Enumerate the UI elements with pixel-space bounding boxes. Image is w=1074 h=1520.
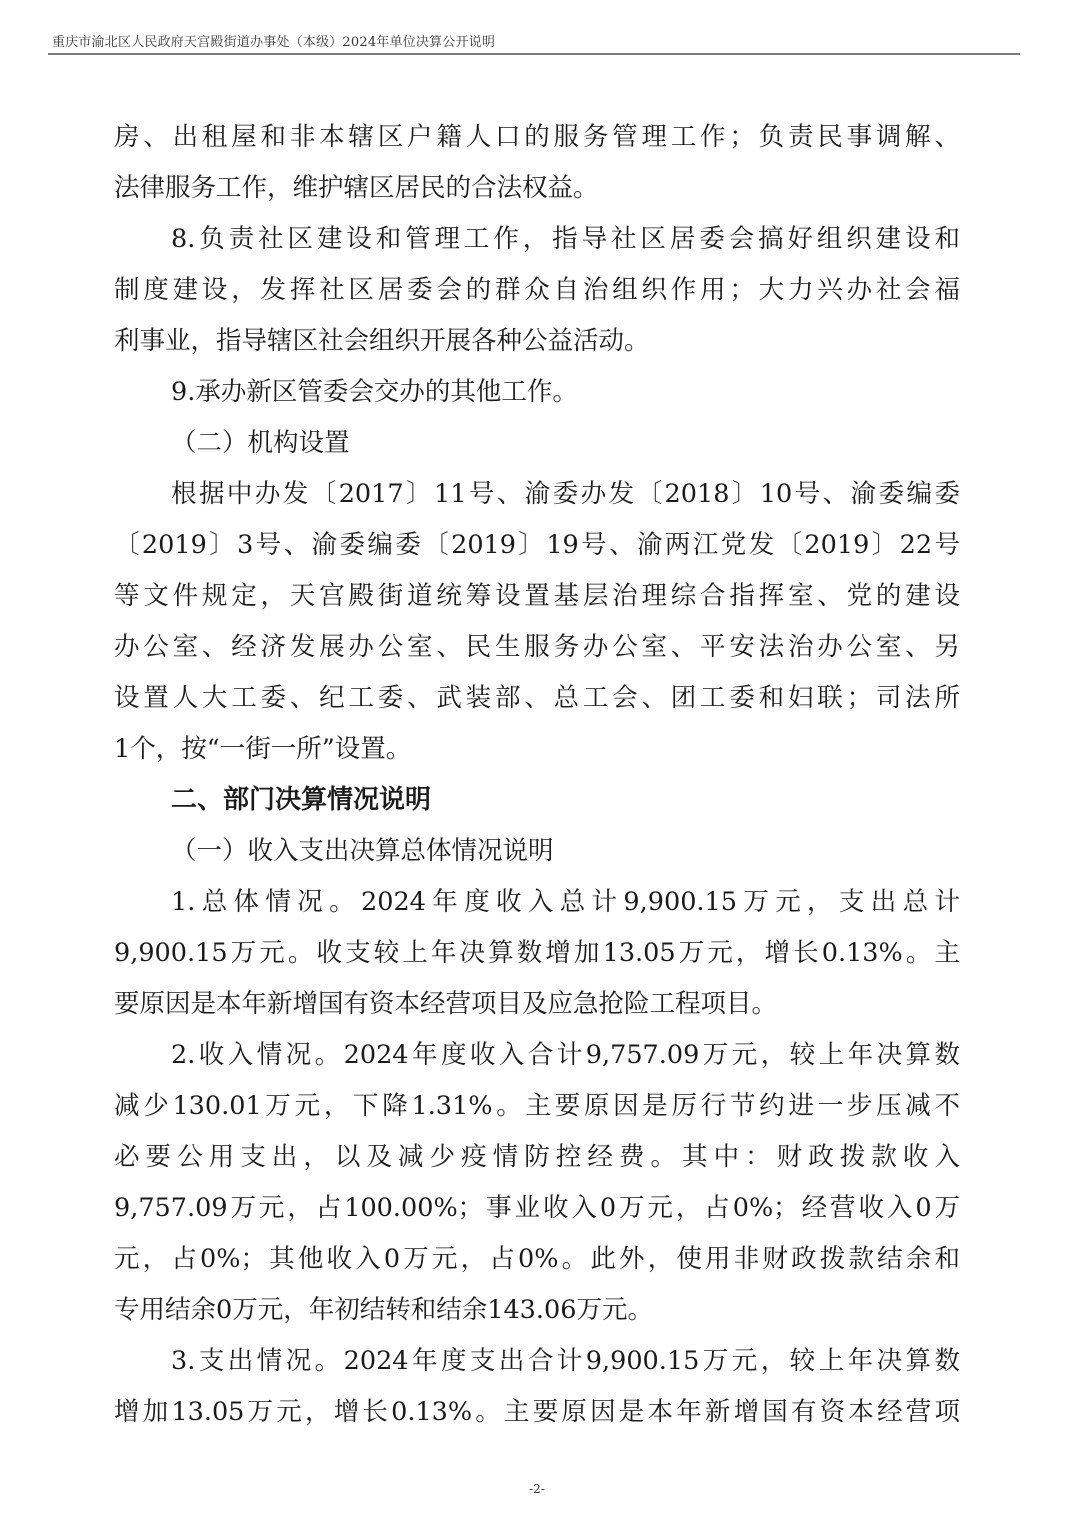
section-heading-final-accounts: 二、部门决算情况说明 bbox=[114, 775, 960, 826]
text-line: 1个，按“一街一所”设置。 bbox=[114, 724, 960, 775]
text-line: 房、出租屋和非本辖区户籍人口的服务管理工作；负责民事调解、 bbox=[114, 112, 960, 163]
text-line: 制度建设，发挥社区居委会的群众自治组织作用；大力兴办社会福 bbox=[114, 265, 960, 316]
subsection-heading-income-expenditure: （一）收入支出决算总体情况说明 bbox=[114, 826, 960, 877]
text-line: 减少130.01万元，下降1.31%。主要原因是厉行节约进一步压减不 bbox=[114, 1081, 960, 1132]
header-divider bbox=[48, 53, 1020, 55]
list-item-income: 2.收入情况。2024年度收入合计9,757.09万元，较上年决算数 bbox=[114, 1030, 960, 1081]
page-number: -2- bbox=[0, 1482, 1074, 1496]
text-line: 设置人大工委、纪工委、武装部、总工会、团工委和妇联；司法所 bbox=[114, 673, 960, 724]
text-line: 增加13.05万元，增长0.13%。主要原因是本年新增国有资本经营项 bbox=[114, 1387, 960, 1438]
text-line: 要原因是本年新增国有资本经营项目及应急抢险工程项目。 bbox=[114, 979, 960, 1030]
text-line: 等文件规定，天宫殿街道统筹设置基层治理综合指挥室、党的建设 bbox=[114, 571, 960, 622]
document-body: 房、出租屋和非本辖区户籍人口的服务管理工作；负责民事调解、 法律服务工作，维护辖… bbox=[114, 112, 960, 1438]
text-line: 专用结余0万元，年初结转和结余143.06万元。 bbox=[114, 1285, 960, 1336]
list-item-overall: 1.总体情况。2024年度收入总计9,900.15万元，支出总计 bbox=[114, 877, 960, 928]
text-line: 根据中办发〔2017〕11号、渝委办发〔2018〕10号、渝委编委 bbox=[114, 469, 960, 520]
text-line: 必要公用支出，以及减少疫情防控经费。其中：财政拨款收入 bbox=[114, 1132, 960, 1183]
text-line: 法律服务工作，维护辖区居民的合法权益。 bbox=[114, 163, 960, 214]
list-item-expenditure: 3.支出情况。2024年度支出合计9,900.15万元，较上年决算数 bbox=[114, 1336, 960, 1387]
text-line: 元，占0%；其他收入0万元，占0%。此外，使用非财政拨款结余和 bbox=[114, 1234, 960, 1285]
text-line: 9,900.15万元。收支较上年决算数增加13.05万元，增长0.13%。主 bbox=[114, 928, 960, 979]
running-header: 重庆市渝北区人民政府天宫殿街道办事处（本级）2024年单位决算公开说明 bbox=[52, 31, 495, 50]
section-heading-institution-setup: （二）机构设置 bbox=[114, 418, 960, 469]
text-line: 〔2019〕3号、渝委编委〔2019〕19号、渝两江党发〔2019〕22号 bbox=[114, 520, 960, 571]
text-line: 利事业，指导辖区社会组织开展各种公益活动。 bbox=[114, 316, 960, 367]
text-line: 9,757.09万元，占100.00%；事业收入0万元，占0%；经营收入0万 bbox=[114, 1183, 960, 1234]
list-item-8: 8.负责社区建设和管理工作，指导社区居委会搞好组织建设和 bbox=[114, 214, 960, 265]
list-item-9: 9.承办新区管委会交办的其他工作。 bbox=[114, 367, 960, 418]
text-line: 办公室、经济发展办公室、民生服务办公室、平安法治办公室、另 bbox=[114, 622, 960, 673]
